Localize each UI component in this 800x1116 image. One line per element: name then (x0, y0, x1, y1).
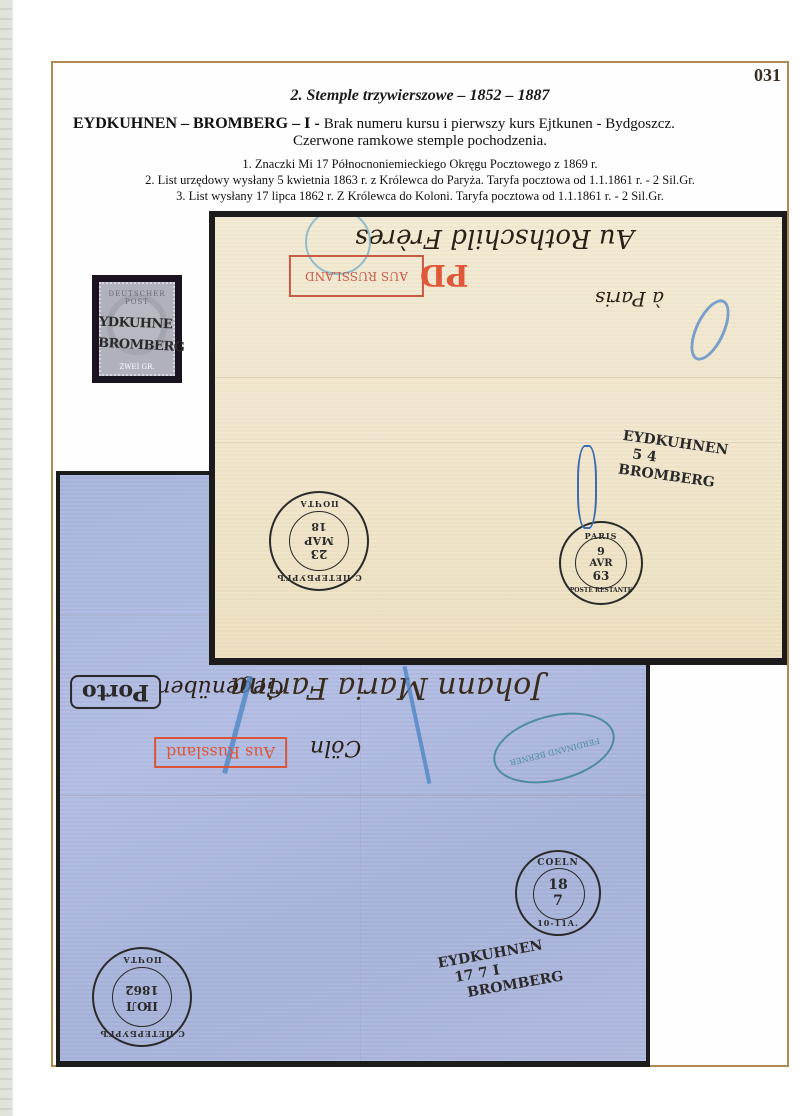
page-number: 031 (754, 65, 781, 86)
st-petersburg-postmark-cream: С.ПЕТЕРБУРГЪ 23 МАР 18 ПОЧТА (269, 491, 369, 591)
red-origin-stamp: AUS RUSSLAND (289, 255, 424, 297)
section-title: 2. Stemple trzywierszowe – 1852 – 1887 (53, 87, 787, 105)
eydkuhnen-bromberg-stamp-cream: EYDKUHNEN 5 4 BROMBERG (617, 428, 729, 493)
porto-stamp: Porto (70, 675, 161, 709)
stamp-bottom-text: ZWEI GR. (101, 363, 173, 371)
red-pd-stamp: PD (420, 257, 469, 292)
note-item: 1. Znaczki Mi 17 Północnoniemieckiego Ok… (53, 156, 787, 172)
headline-bold: EYDKUHNEN – BROMBERG – I - (73, 115, 324, 132)
oval-sender-stamp: FERDINAND BERNER (486, 701, 622, 795)
stamp-mount: DEUTSCHER POST YDKUHNE BROMBERG ZWEI GR. (92, 275, 182, 383)
blue-crayon-mark (682, 294, 737, 366)
note-item: 3. List wysłany 17 lipca 1862 r. Z Króle… (53, 188, 787, 204)
note-item: 2. List urzędowy wysłany 5 kwietnia 1863… (53, 172, 787, 188)
letter-cream-mount: Au Rothschild Frères à Paris AUS RUSSLAN… (209, 211, 787, 665)
headline: EYDKUHNEN – BROMBERG – I - Brak numeru k… (73, 115, 777, 133)
red-origin-stamp: Aus Russland (154, 737, 287, 768)
stamp-cancel-line1: YDKUHNE (99, 315, 173, 333)
headline-text: Brak numeru kursu i pierwszy kurs Ejtkun… (324, 116, 675, 132)
binder-strip (0, 0, 13, 1116)
handwriting-address-main: Johann Maria Farina (230, 670, 543, 705)
blue-crayon-loop (577, 445, 597, 529)
handwriting-address-line2: à Paris (595, 287, 664, 311)
handwriting-city: Cöln (310, 735, 361, 760)
handwriting-address-line1: Au Rothschild Frères (355, 223, 634, 253)
subline: Czerwone ramkowe stemple pochodzenia. (53, 133, 787, 150)
letter-cream: Au Rothschild Frères à Paris AUS RUSSLAN… (215, 217, 782, 658)
stamp-cancel-line2: BROMBERG (98, 336, 185, 355)
paris-poste-restante-postmark: PARIS 9 AVR 63 POSTE RESTANTE (559, 521, 643, 605)
eydkuhnen-bromberg-stamp-blue: EYDKUHNEN 17 7 I BROMBERG (436, 935, 564, 1006)
st-petersburg-postmark-blue: С.ПЕТЕРБУРГЪ ІЮЛ 1862 ПОЧТА (92, 947, 192, 1047)
notes-list: 1. Znaczki Mi 17 Północnoniemieckiego Ok… (53, 156, 787, 204)
postage-stamp: DEUTSCHER POST YDKUHNE BROMBERG ZWEI GR. (99, 282, 175, 376)
coeln-postmark: COELN 18 7 10-11A. (515, 850, 601, 936)
stamp-top-text: DEUTSCHER POST (101, 290, 173, 306)
